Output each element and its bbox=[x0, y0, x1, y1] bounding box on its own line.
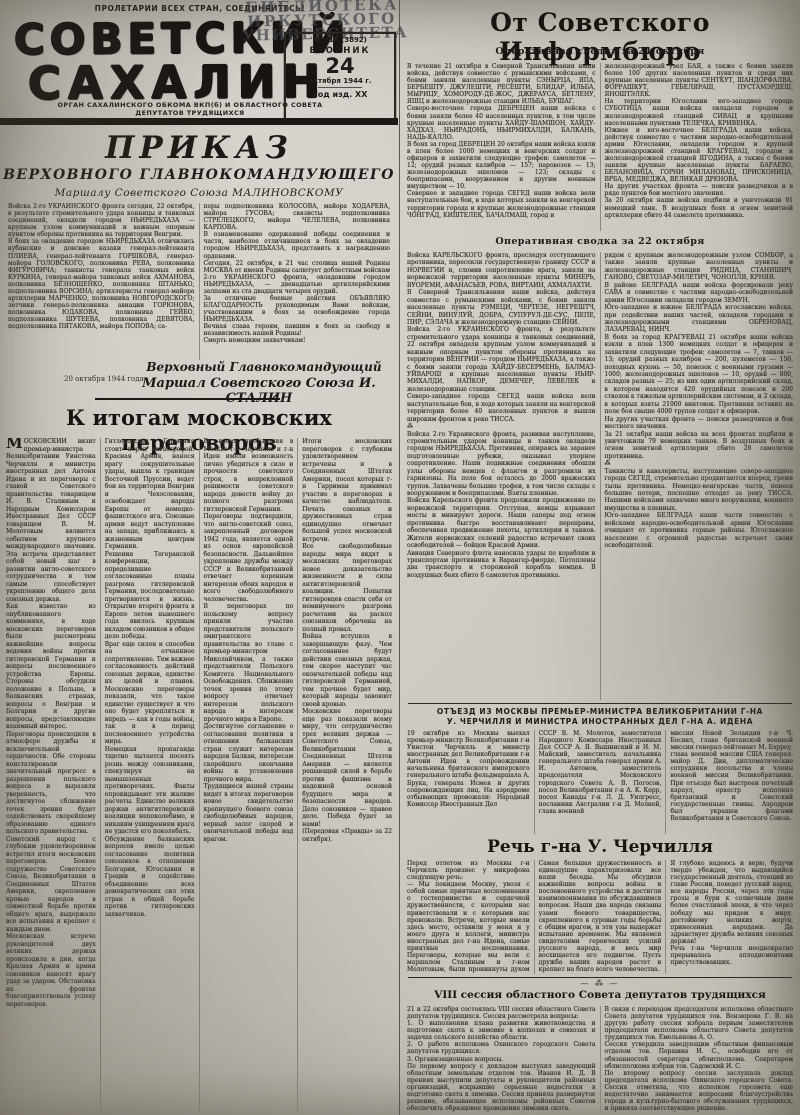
speech-body: Перед отлетом из Москвы г-н Черчилль про… bbox=[403, 860, 797, 974]
right-half: От Советского Информбюро Оперативная сво… bbox=[400, 0, 800, 1115]
moscow-talks-body: МОСКОВСКИЙ визит премьер-министра Велико… bbox=[2, 438, 396, 1112]
svodka21-column-2: железнодорожный узел БАЯ, а также с боям… bbox=[600, 63, 798, 231]
session-column-1: 21 и 22 октября состоялась VIII сессия о… bbox=[403, 1006, 600, 1112]
issue-box-divider bbox=[318, 87, 362, 88]
session-ornament: — ⁂ — bbox=[400, 979, 800, 988]
session-top-rule bbox=[408, 977, 792, 978]
prikaz-column-2: перы подполковника КОЛОСОВА, майора ХОДА… bbox=[199, 203, 395, 360]
speech-column-2: Самая большая дружественность и единодуш… bbox=[534, 860, 666, 974]
issue-day: 24 bbox=[286, 56, 394, 77]
prikaz-title: ПРИКАЗ bbox=[0, 130, 398, 166]
issue-box: № 212 (3892) ВТОРНИК 24 октября 1944 г. … bbox=[284, 32, 396, 120]
departure-column-3: миссии Новой Зеландии г-н Ч. Босвил, гла… bbox=[665, 730, 797, 834]
svodka22-title: Оперативная сводка за 22 октября bbox=[400, 236, 800, 247]
svodka22-body: Войска КАРЕЛЬСКОГО фронта, преследуя отс… bbox=[403, 252, 797, 700]
moscow-talks-column-1: МОСКОВСКИЙ визит премьер-министра Велико… bbox=[2, 438, 100, 1112]
session-column-2: В связи с переходом председателя исполко… bbox=[600, 1006, 798, 1112]
departure-column-2: СССР В. М. Молотов, заместители Народног… bbox=[534, 730, 666, 834]
prikaz-column-1: Войска 2-го УКРАИНСКОГО фронта сегодня, … bbox=[4, 203, 199, 360]
issue-number: № 212 (3892) bbox=[286, 36, 394, 44]
prikaz-addressee: Маршалу Советского Союза МАЛИНОВСКОМУ bbox=[0, 187, 398, 199]
departure-body: 19 октября из Москвы выехал премьер-мини… bbox=[403, 730, 797, 834]
newspaper-page: ПРОЛЕТАРИИ ВСЕХ СТРАН, СОЕДИНЯЙТЕСЬ! СОВ… bbox=[0, 0, 800, 1115]
session-headline: VIII сессия областного Совета депутатов … bbox=[400, 989, 800, 1001]
speech-column-1: Перед отлетом из Москвы г-н Черчилль про… bbox=[403, 860, 534, 974]
departure-headline-line1: ОТЪЕЗД ИЗ МОСКВЫ ПРЕМЬЕР-МИНИСТРА ВЕЛИКО… bbox=[400, 707, 800, 716]
issue-edition: Год изд. XX bbox=[286, 90, 394, 99]
informbureau-headline: От Советского Информбюро bbox=[400, 8, 800, 66]
svodka22-column-2: рядом с крупным железнодорожным узлом СО… bbox=[600, 252, 798, 700]
speech-column-3: Я глубоко надеюсь и верю, будучи твердо … bbox=[665, 860, 797, 974]
moscow-talks-column-2: Гитлеровская Германия стоит перед катаст… bbox=[100, 438, 199, 1112]
departure-top-rule bbox=[408, 703, 792, 704]
prikaz-end-rule bbox=[95, 398, 280, 400]
issue-month-year: октября 1944 г. bbox=[286, 77, 394, 85]
moscow-talks-column-4: Итоги московских переговоров с глубоким … bbox=[297, 438, 396, 1112]
prikaz-signature-name: Маршал Советского Союза И. СТАЛИН bbox=[120, 376, 398, 406]
svodka22-column-1: Войска КАРЕЛЬСКОГО фронта, преследуя отс… bbox=[403, 252, 600, 700]
departure-column-1: 19 октября из Москвы выехал премьер-мини… bbox=[403, 730, 534, 834]
prikaz-subtitle: ВЕРХОВНОГО ГЛАВНОКОМАНДУЮЩЕГО bbox=[0, 167, 398, 183]
left-half: ПРОЛЕТАРИИ ВСЕХ СТРАН, СОЕДИНЯЙТЕСЬ! СОВ… bbox=[0, 0, 398, 1115]
prikaz-signature-role: Верховный Главнокомандующий bbox=[130, 360, 398, 374]
moscow-talks-column-3: Во время пребывания в Москве г-н Черчилл… bbox=[199, 438, 298, 1112]
session-body: 21 и 22 октября состоялась VIII сессия о… bbox=[403, 1006, 797, 1112]
departure-headline-line2: У. ЧЕРЧИЛЛЯ И МИНИСТРА ИНОСТРАННЫХ ДЕЛ Г… bbox=[400, 717, 800, 726]
svodka21-column-1: В течение 21 октября в Северной Трансиль… bbox=[403, 63, 600, 231]
svodka21-body: В течение 21 октября в Северной Трансиль… bbox=[403, 63, 797, 231]
speech-headline: Речь г-на У. Черчилля bbox=[400, 837, 800, 857]
svodka21-title: Оперативная сводка за 21 октября bbox=[400, 46, 800, 57]
masthead-rule bbox=[0, 118, 398, 125]
prikaz-body: Войска 2-го УКРАИНСКОГО фронта сегодня, … bbox=[4, 203, 394, 360]
